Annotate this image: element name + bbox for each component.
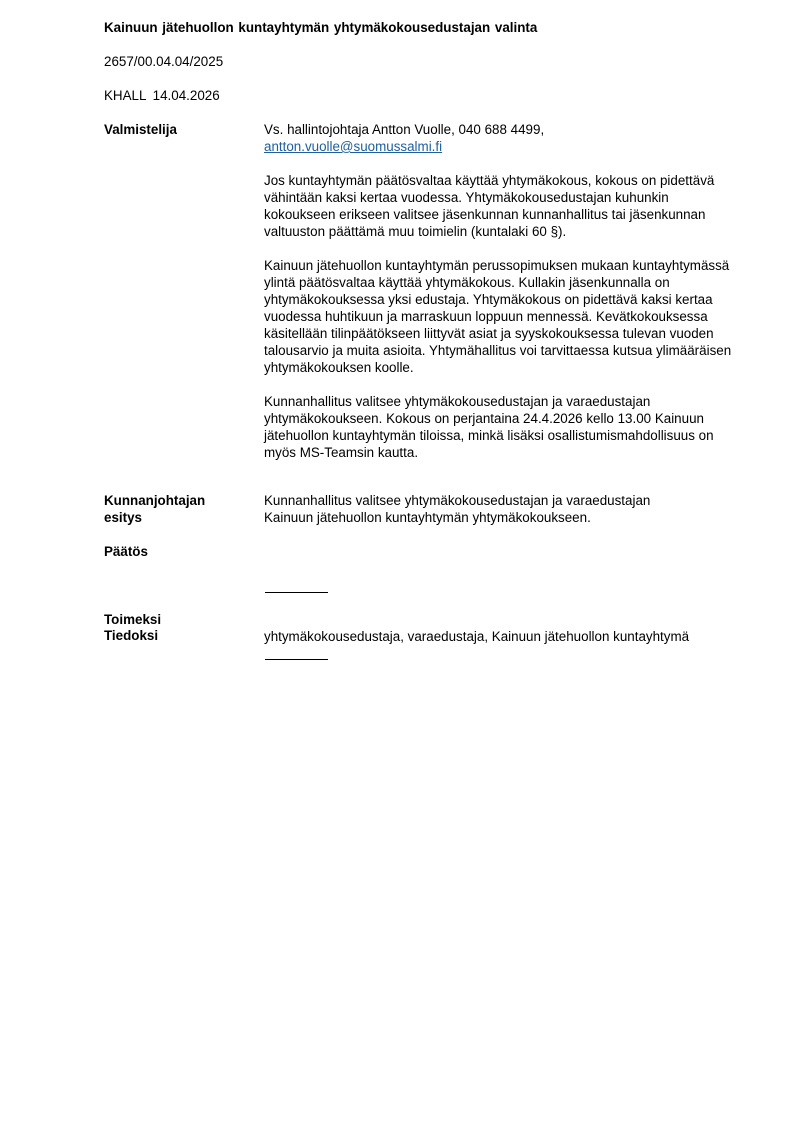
label-toimeksi: Toimeksi [104,611,161,628]
paragraph-3: Kunnanhallitus valitsee yhtymäkokousedus… [264,393,734,461]
meeting-reference: KHALL 14.04.2026 [104,88,220,103]
section-valmistelija: Vs. hallintojohtaja Antton Vuolle, 040 6… [264,121,734,461]
divider-line [265,592,328,593]
case-number: 2657/00.04.04/2025 [104,54,223,69]
section-esitys: Kunnanhallitus valitsee yhtymäkokousedus… [264,492,734,526]
document-page: Kainuun jätehuollon kuntayhtymän yhtymäk… [0,0,794,1122]
preparer-info: Vs. hallintojohtaja Antton Vuolle, 040 6… [264,121,734,138]
esitys-line-2: Kainuun jätehuollon kuntayhtymän yhtymäk… [264,509,734,526]
label-kunnanjohtajan-esitys: Kunnanjohtajan esitys [104,492,205,526]
label-valmistelija: Valmistelija [104,121,177,138]
paragraph-1: Jos kuntayhtymän päätösvaltaa käyttää yh… [264,172,734,240]
paragraph-2: Kainuun jätehuollon kuntayhtymän perusso… [264,257,734,376]
label-line-1: Kunnanjohtajan [104,492,205,509]
label-line-2: esitys [104,509,205,526]
tiedoksi-recipients: yhtymäkokousedustaja, varaedustaja, Kain… [264,628,689,645]
label-tiedoksi: Tiedoksi [104,627,158,644]
document-title: Kainuun jätehuollon kuntayhtymän yhtymäk… [104,20,537,35]
label-paatos: Päätös [104,543,148,560]
preparer-email-link[interactable]: antton.vuolle@suomussalmi.fi [264,139,442,154]
divider-line [265,659,328,660]
esitys-line-1: Kunnanhallitus valitsee yhtymäkokousedus… [264,492,734,509]
